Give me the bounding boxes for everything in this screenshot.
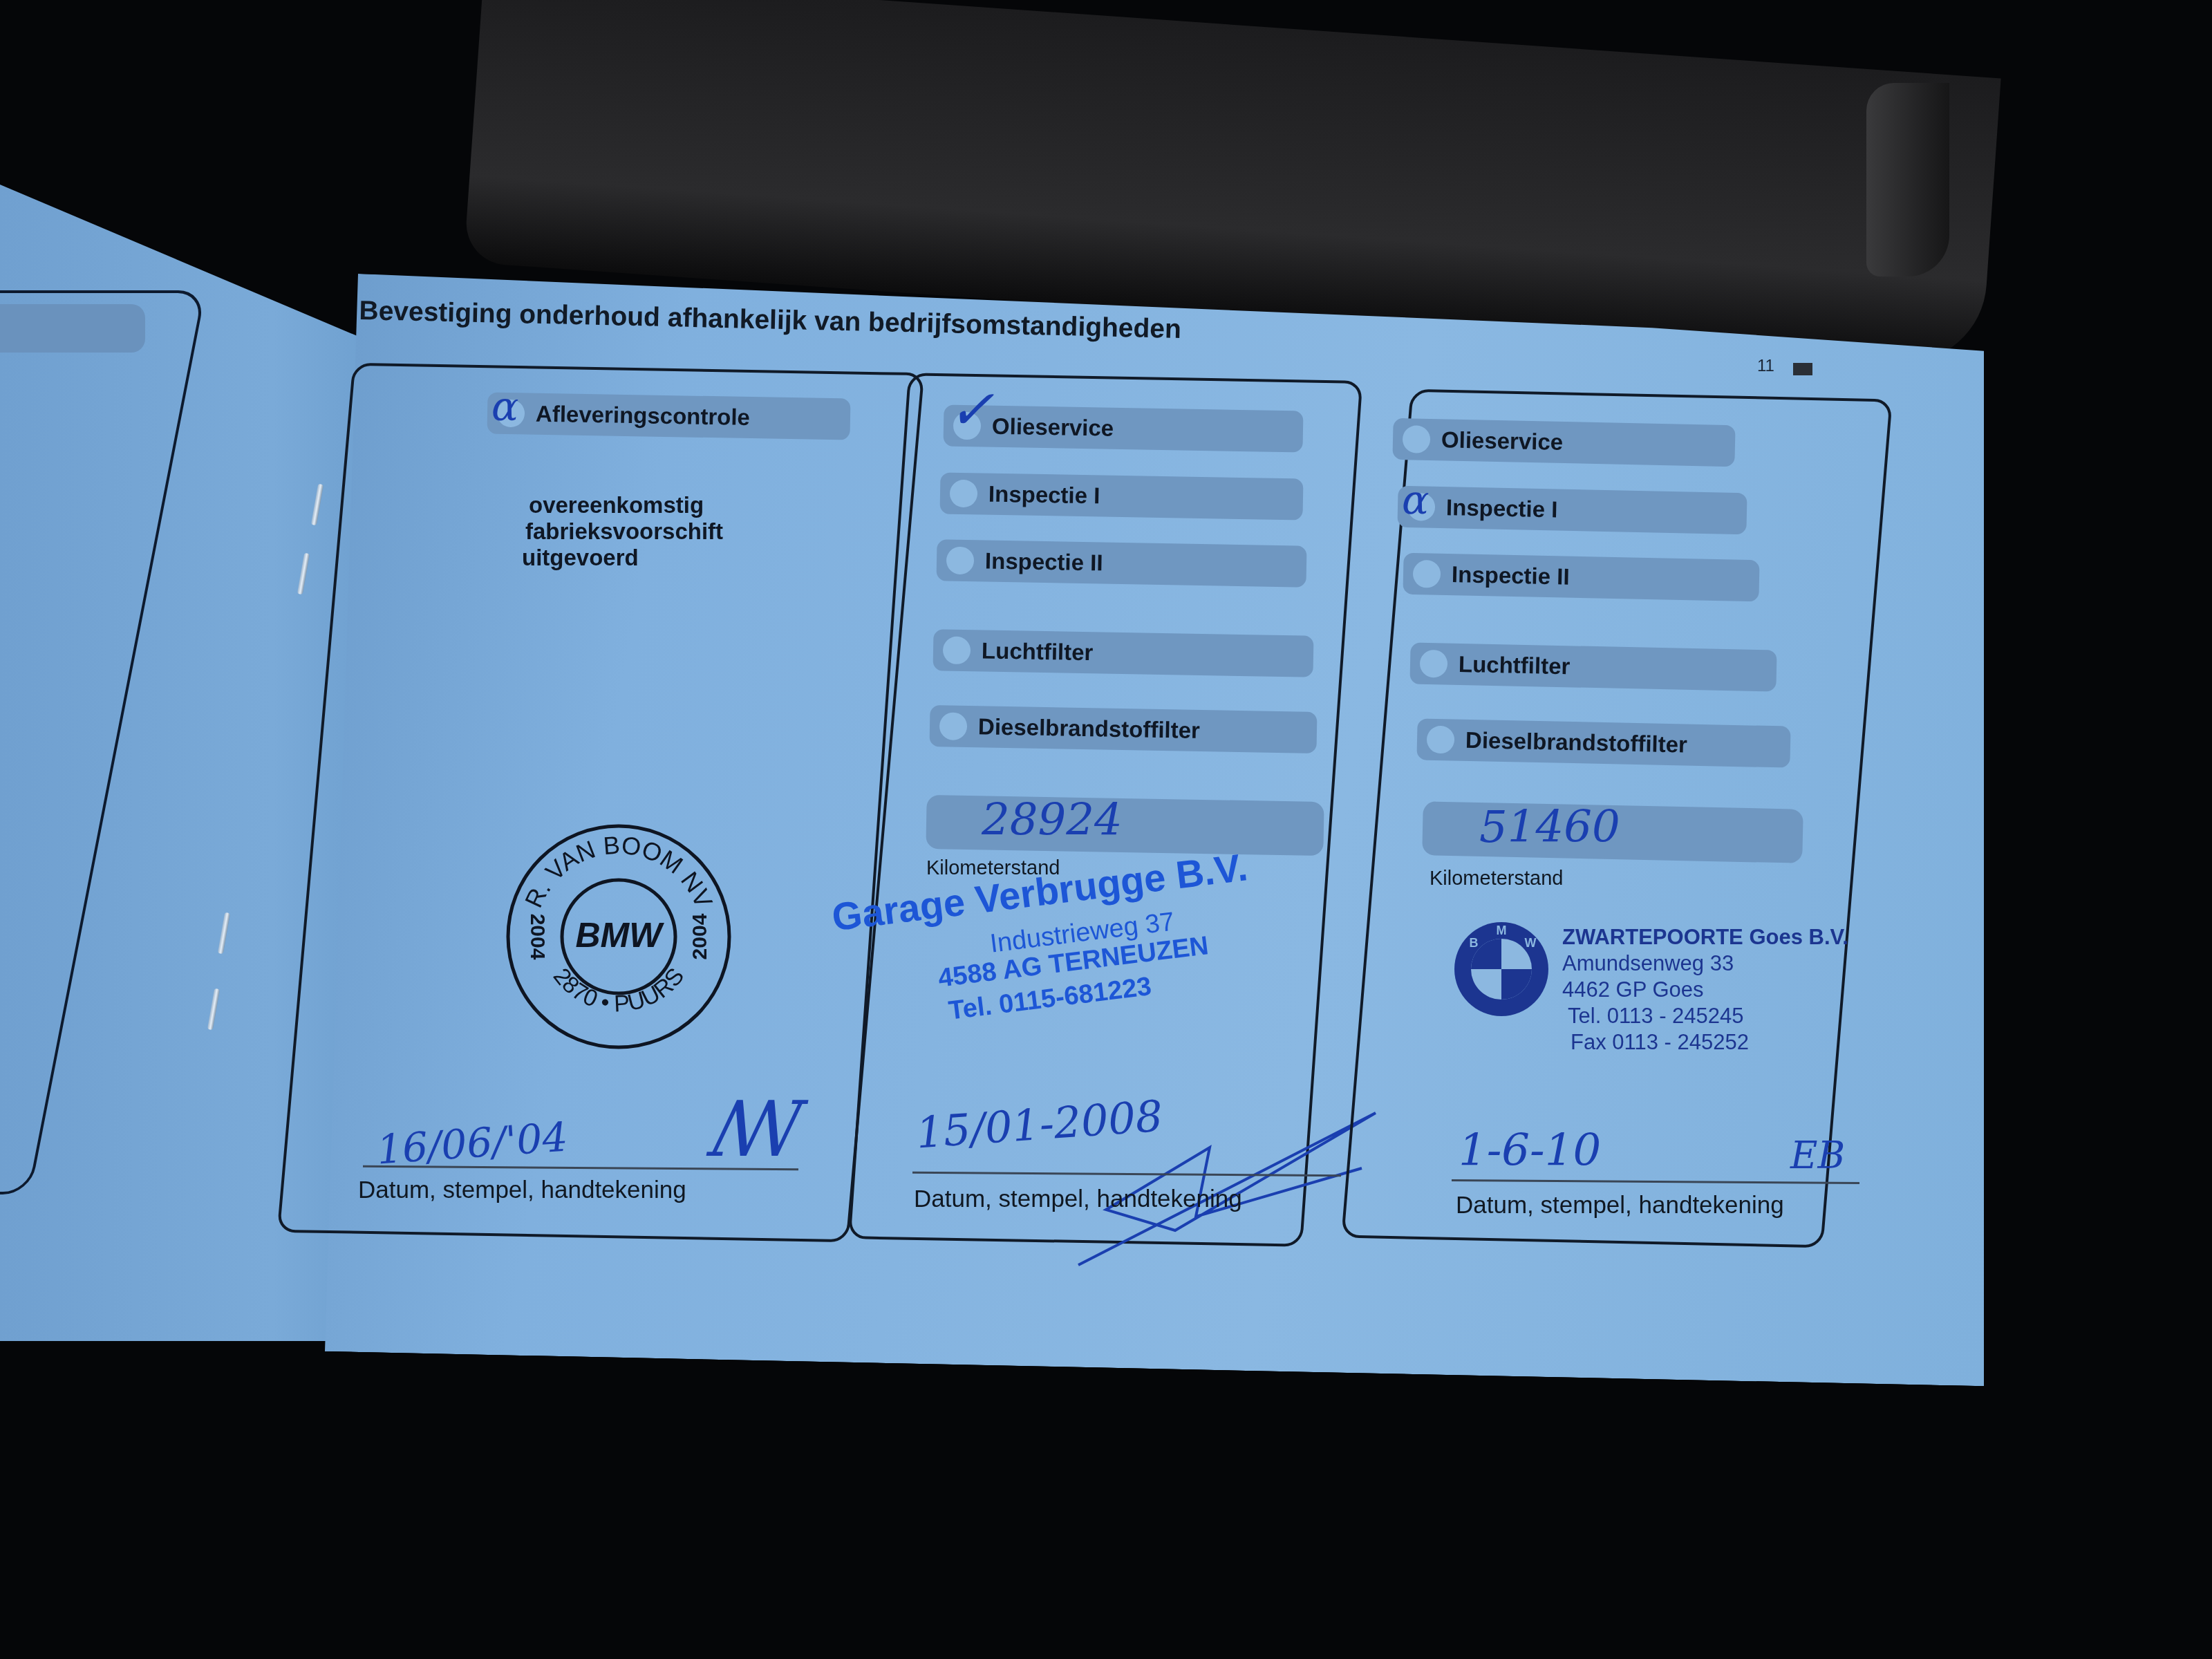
- dealer-stamp-city: 4462 GP Goes: [1562, 977, 1704, 1002]
- bmw-logo-icon: M B W: [1452, 919, 1552, 1020]
- odometer-value: 28924: [982, 795, 1123, 846]
- checkbox-row[interactable]: Olieservice: [1392, 418, 1735, 467]
- odometer-value: 51460: [1479, 802, 1620, 853]
- note-line: uitgevoerd: [522, 545, 639, 570]
- handwritten-signature: EB: [1790, 1134, 1845, 1177]
- svg-text:W: W: [1525, 936, 1537, 950]
- handwritten-date: 1-6-10: [1459, 1125, 1601, 1177]
- checkbox-circle[interactable]: [939, 712, 968, 740]
- checkbox-row[interactable]: Olieservice ✓: [944, 404, 1304, 452]
- svg-text:2870 • PUURS: 2870 • PUURS: [548, 963, 689, 1017]
- dealer-round-stamp: R. VAN BOOM NV 2870 • PUURS BMW 2004 200…: [498, 816, 740, 1058]
- odometer-label: Kilometerstand: [1430, 868, 1563, 890]
- page-number: 11: [1757, 357, 1774, 376]
- checkbox-row[interactable]: Afleveringscontrole α: [487, 392, 851, 440]
- checkbox-label: Inspectie II: [1452, 561, 1570, 590]
- svg-text:M: M: [1497, 924, 1507, 937]
- page-tab-marker: [1793, 363, 1812, 375]
- checkbox-row[interactable]: Inspectie II: [937, 539, 1307, 587]
- checkbox-circle[interactable]: [1427, 726, 1455, 754]
- photo-scene: Bevestiging onderhoud afhankelijk van be…: [0, 0, 2212, 1659]
- checkbox-circle[interactable]: [950, 480, 978, 508]
- pen-check-mark: α: [1402, 476, 1430, 524]
- signature-field-label: Datum, stempel, handtekening: [1456, 1192, 1784, 1219]
- svg-text:2004: 2004: [526, 914, 549, 960]
- checkbox-circle[interactable]: [943, 636, 971, 664]
- dealer-stamp-street: Amundsenweg 33: [1562, 951, 1734, 976]
- checkbox-label: Inspectie I: [988, 481, 1100, 509]
- svg-text:2004: 2004: [688, 913, 711, 959]
- checkbox-label: Luchtfilter: [1459, 651, 1571, 679]
- checkbox-row[interactable]: Luchtfilter: [1409, 642, 1777, 691]
- checkbox-row[interactable]: Dieselbrandstoffilter: [1416, 718, 1790, 767]
- signature-field-label: Datum, stempel, handtekening: [914, 1185, 1242, 1213]
- dealer-stamp-phone: Tel. 0113 - 245245: [1568, 1004, 1744, 1029]
- signature-field-label: Datum, stempel, handtekening: [358, 1177, 686, 1204]
- checkbox-label: Olieservice: [992, 413, 1114, 442]
- checkbox-circle[interactable]: [1413, 560, 1441, 588]
- dealer-stamp-fax: Fax 0113 - 245252: [1571, 1030, 1749, 1055]
- checkbox-row[interactable]: Inspectie I α: [1397, 486, 1747, 535]
- checkbox-row[interactable]: Inspectie II: [1403, 553, 1759, 602]
- checkbox-circle[interactable]: [1403, 425, 1431, 453]
- checkbox-label: Dieselbrandstoffilter: [978, 713, 1201, 744]
- checkbox-label: Inspectie II: [985, 548, 1103, 577]
- handwritten-signature: ꟿ: [712, 1085, 803, 1174]
- svg-text:B: B: [1470, 936, 1479, 950]
- checkbox-label: Olieservice: [1441, 427, 1564, 456]
- pen-check-mark: ✓: [948, 377, 995, 442]
- note-line: fabrieksvoorschift: [525, 518, 723, 544]
- svg-text:R. VAN BOOM NV: R. VAN BOOM NV: [519, 831, 718, 912]
- dealer-stamp-name: ZWARTEPOORTE Goes B.V.: [1562, 925, 1848, 950]
- checkbox-row[interactable]: Luchtfilter: [933, 629, 1314, 677]
- checkbox-label: Inspectie I: [1446, 494, 1558, 523]
- checkbox-row[interactable]: Inspectie I: [940, 472, 1304, 520]
- checkbox-row[interactable]: Dieselbrandstoffilter: [930, 705, 1318, 753]
- note-line: overeenkomstig: [529, 492, 704, 518]
- checkbox-label: Luchtfilter: [982, 637, 1094, 666]
- checkbox-circle[interactable]: [1420, 650, 1448, 678]
- checkbox-circle[interactable]: [946, 547, 975, 575]
- pen-check-mark: α: [491, 383, 519, 431]
- dealer-stamp-zwartepoorte: M B W ZWARTEPOORTE Goes B.V. Amundsenweg…: [1452, 919, 1880, 1071]
- checkbox-label: Dieselbrandstoffilter: [1465, 727, 1688, 758]
- svg-text:BMW: BMW: [576, 916, 665, 955]
- booklet-cover-edge: [1866, 83, 1949, 276]
- checkbox-label: Afleveringscontrole: [536, 401, 751, 431]
